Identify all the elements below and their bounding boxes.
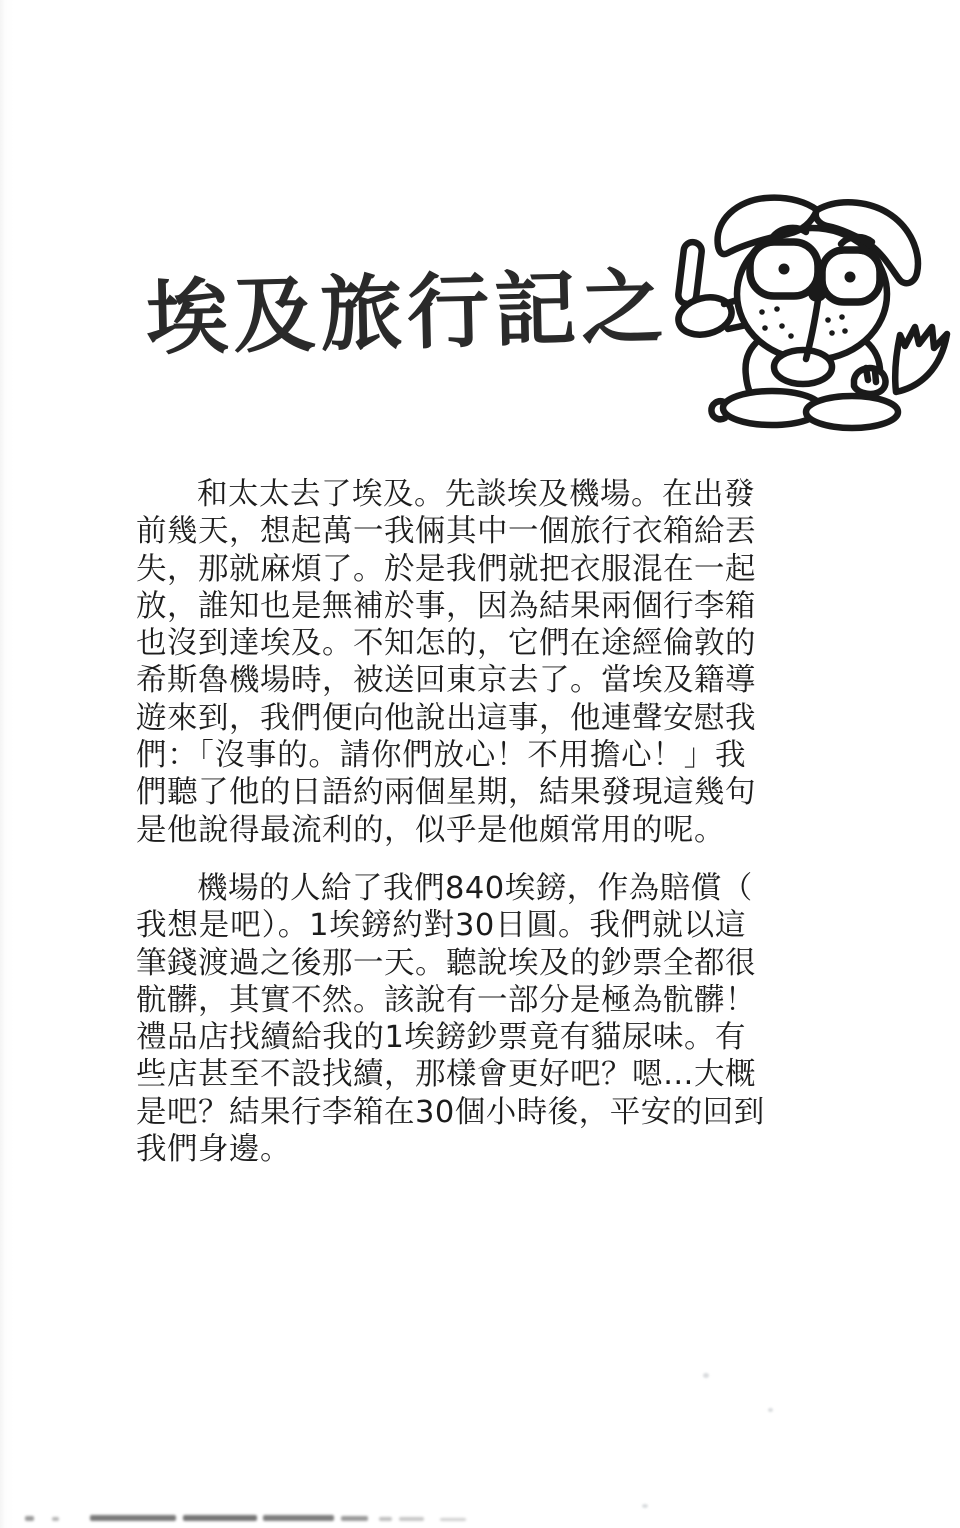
scanned-book-page: 埃及旅行記之	[0, 0, 960, 1528]
text-line: 和太太去了埃及。先談埃及機場。在出發	[136, 476, 746, 513]
essay-text: 和太太去了埃及。先談埃及機場。在出發 前幾天，想起萬一我倆其中一個旅行衣箱給丟 …	[136, 476, 746, 1168]
text-line: 是他說得最流利的，似乎是他頗常用的呢。	[136, 812, 746, 849]
dust-speck	[703, 1373, 709, 1378]
text-line: 機場的人給了我們840埃鎊，作為賠償（	[136, 870, 746, 907]
dog-foot-right	[806, 396, 898, 428]
text-line: 是吧？結果行李箱在30個小時後，平安的回到	[136, 1094, 746, 1131]
text-line: 們：「沒事的。請你們放心！不用擔心！」我	[136, 737, 746, 774]
dust-speck	[642, 1504, 648, 1508]
dog-tail	[895, 327, 947, 392]
text-line: 失，那就麻煩了。於是我們就把衣服混在一起	[136, 551, 746, 588]
dog-muzzle	[774, 350, 832, 384]
dust-speck	[768, 1408, 773, 1412]
text-line: 遊來到，我們便向他說出這事，他連聲安慰我	[136, 700, 746, 737]
dog-pupil-left	[779, 264, 790, 275]
scan-artifact-strip	[0, 1512, 960, 1526]
text-line: 禮品店找續給我的1埃鎊鈔票竟有貓尿味。有	[136, 1019, 746, 1056]
text-line: 我想是吧）。1埃鎊約對30日圓。我們就以這	[136, 907, 746, 944]
page-title: 埃及旅行記之	[145, 242, 670, 371]
text-line: 我們身邊。	[136, 1131, 746, 1168]
text-line: 骯髒，其實不然。該說有一部分是極為骯髒！	[136, 982, 746, 1019]
dog-pupil-right	[845, 272, 856, 283]
text-line: 前幾天，想起萬一我倆其中一個旅行衣箱給丟	[136, 513, 746, 550]
text-line: 也沒到達埃及。不知怎的，它們在途經倫敦的	[136, 625, 746, 662]
text-line: 們聽了他的日語約兩個星期，結果發現這幾句	[136, 774, 746, 811]
text-line: 放，誰知也是無補於事，因為結果兩個行李箱	[136, 588, 746, 625]
paragraph-2: 機場的人給了我們840埃鎊，作為賠償（ 我想是吧）。1埃鎊約對30日圓。我們就以…	[136, 870, 746, 1168]
dog-illustration	[660, 176, 960, 440]
paragraph-1: 和太太去了埃及。先談埃及機場。在出發 前幾天，想起萬一我倆其中一個旅行衣箱給丟 …	[136, 476, 746, 849]
text-line: 些店甚至不設找續，那樣會更好吧？嗯…大概	[136, 1056, 746, 1093]
text-line: 希斯魯機場時，被送回東京去了。當埃及籍導	[136, 662, 746, 699]
dog-finger	[677, 241, 702, 305]
text-line: 筆錢渡過之後那一天。聽說埃及的鈔票全都很	[136, 945, 746, 982]
